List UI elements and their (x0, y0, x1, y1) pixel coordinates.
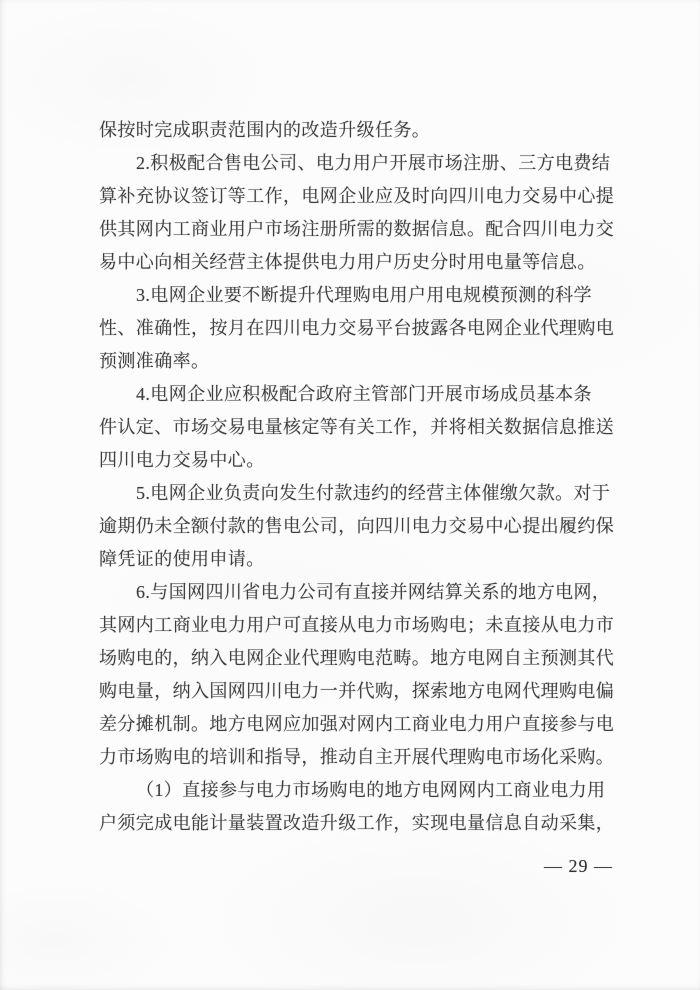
scanned-document-page: 保按时完成职责范围内的改造升级任务。 2.积极配合售电公司、电力用户开展市场注册… (0, 0, 700, 990)
text-line: 3.电网企业要不断提升代理购电用户用电规模预测的科学 (99, 279, 619, 312)
text-line: （1）直接参与电力市场购电的地方电网网内工商业电力用 (99, 774, 619, 807)
text-line: 场购电的，纳入电网企业代理购电范畴。地方电网自主预测其代 (99, 642, 619, 675)
text-line: 户须完成电能计量装置改造升级工作，实现电量信息自动采集， (99, 807, 619, 840)
text-line: 5.电网企业负责向发生付款违约的经营主体催缴欠款。对于 (99, 477, 619, 510)
text-line: 差分摊机制。地方电网应加强对网内工商业电力用户直接参与电 (99, 708, 619, 741)
text-line: 购电量，纳入国网四川电力一并代购，探索地方电网代理购电偏 (99, 675, 619, 708)
text-line: 四川电力交易中心。 (99, 444, 619, 477)
text-line: 逾期仍未全额付款的售电公司，向四川电力交易中心提出履约保 (99, 510, 619, 543)
text-line: 2.积极配合售电公司、电力用户开展市场注册、三方电费结 (99, 147, 619, 180)
text-line: 保按时完成职责范围内的改造升级任务。 (99, 114, 619, 147)
text-line: 4.电网企业应积极配合政府主管部门开展市场成员基本条 (99, 378, 619, 411)
text-line: 性、准确性，按月在四川电力交易平台披露各电网企业代理购电 (99, 312, 619, 345)
text-line: 障凭证的使用申请。 (99, 543, 619, 576)
text-line: 算补充协议签订等工作，电网企业应及时向四川电力交易中心提 (99, 180, 619, 213)
text-line: 供其网内工商业用户市场注册所需的数据信息。配合四川电力交 (99, 213, 619, 246)
text-line: 力市场购电的培训和指导，推动自主开展代理购电市场化采购。 (99, 741, 619, 774)
text-line: 6.与国网四川省电力公司有直接并网结算关系的地方电网， (99, 576, 619, 609)
text-line: 件认定、市场交易电量核定等有关工作，并将相关数据信息推送 (99, 411, 619, 444)
text-line: 易中心向相关经营主体提供电力用户历史分时用电量等信息。 (99, 246, 619, 279)
text-line: 其网内工商业电力用户可直接从电力市场购电；未直接从电力市 (99, 609, 619, 642)
document-text-block: 保按时完成职责范围内的改造升级任务。 2.积极配合售电公司、电力用户开展市场注册… (99, 114, 619, 840)
text-line: 预测准确率。 (99, 345, 619, 378)
page-number: — 29 — (544, 852, 613, 880)
